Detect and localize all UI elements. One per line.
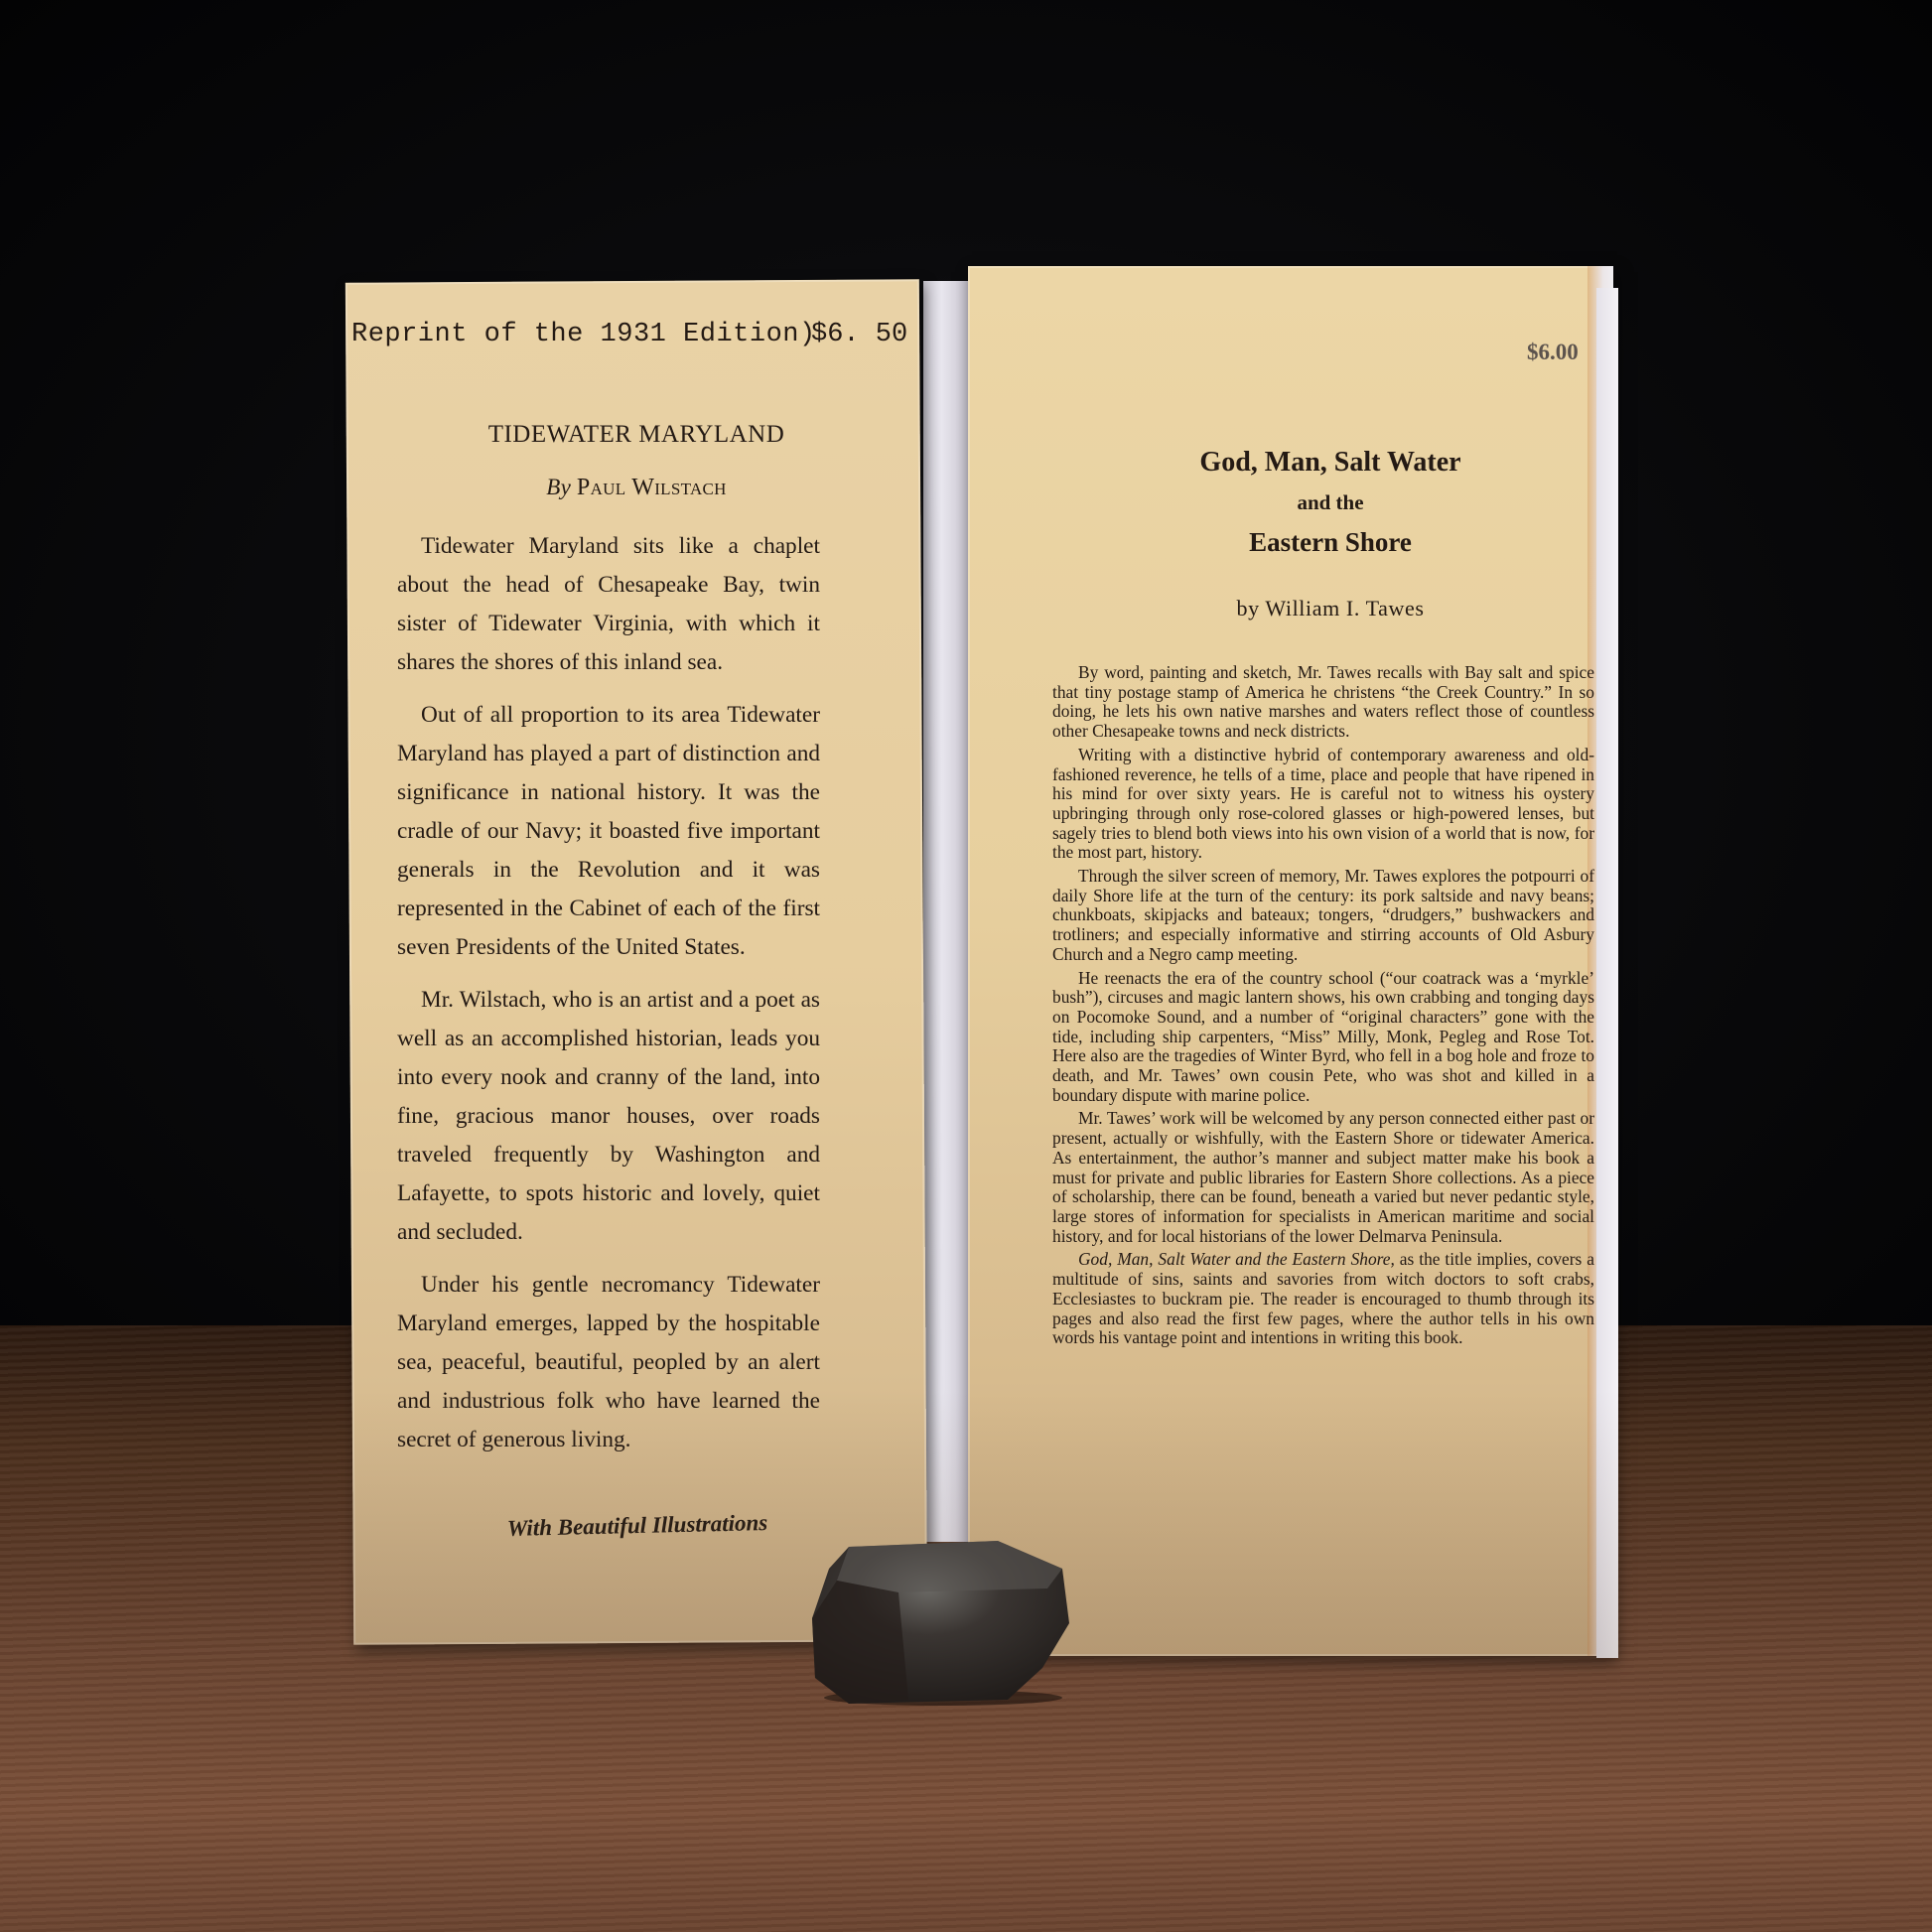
right-blurb: By word, painting and sketch, Mr. Tawes … (1052, 663, 1594, 1352)
left-blurb: Tidewater Maryland sits like a chaplet a… (397, 527, 820, 1473)
left-blurb-paragraph: Tidewater Maryland sits like a chaplet a… (397, 527, 820, 682)
right-book-author: by William I. Tawes (1033, 596, 1628, 621)
mylar-spine-fold (923, 281, 969, 1542)
title-line-1: God, Man, Salt Water (1033, 447, 1628, 479)
left-price: $6. 50 (811, 320, 907, 349)
right-blurb-paragraph: By word, painting and sketch, Mr. Tawes … (1052, 663, 1594, 742)
rock-bookend (809, 1529, 1072, 1706)
italic-book-title: God, Man, Salt Water and the Eastern Sho… (1078, 1249, 1395, 1269)
right-blurb-paragraph: He reenacts the era of the country schoo… (1052, 969, 1594, 1106)
right-blurb-paragraph: Writing with a distinctive hybrid of con… (1052, 746, 1594, 863)
left-blurb-paragraph: Under his gentle necromancy Tidewater Ma… (397, 1266, 820, 1459)
right-price: $6.00 (1527, 340, 1579, 365)
left-blurb-paragraph: Out of all proportion to its area Tidewa… (397, 696, 820, 967)
author-prefix: By (546, 475, 571, 499)
right-blurb-paragraph: Through the silver screen of memory, Mr.… (1052, 867, 1594, 965)
title-line-3: Eastern Shore (1033, 527, 1628, 558)
right-book-title: God, Man, Salt Water and the Eastern Sho… (1033, 447, 1628, 558)
author-name: Paul Wilstach (577, 475, 727, 500)
right-blurb-paragraph-final: God, Man, Salt Water and the Eastern Sho… (1052, 1250, 1594, 1348)
left-book-author: By Paul Wilstach (349, 475, 923, 501)
right-blurb-paragraph: Mr. Tawes’ work will be welcomed by any … (1052, 1109, 1594, 1246)
left-book-title: TIDEWATER MARYLAND (349, 421, 923, 449)
left-blurb-paragraph: Mr. Wilstach, who is an artist and a poe… (397, 981, 820, 1252)
reprint-note: Reprint of the 1931 Edition) (351, 320, 816, 349)
title-line-2: and the (1033, 490, 1628, 515)
